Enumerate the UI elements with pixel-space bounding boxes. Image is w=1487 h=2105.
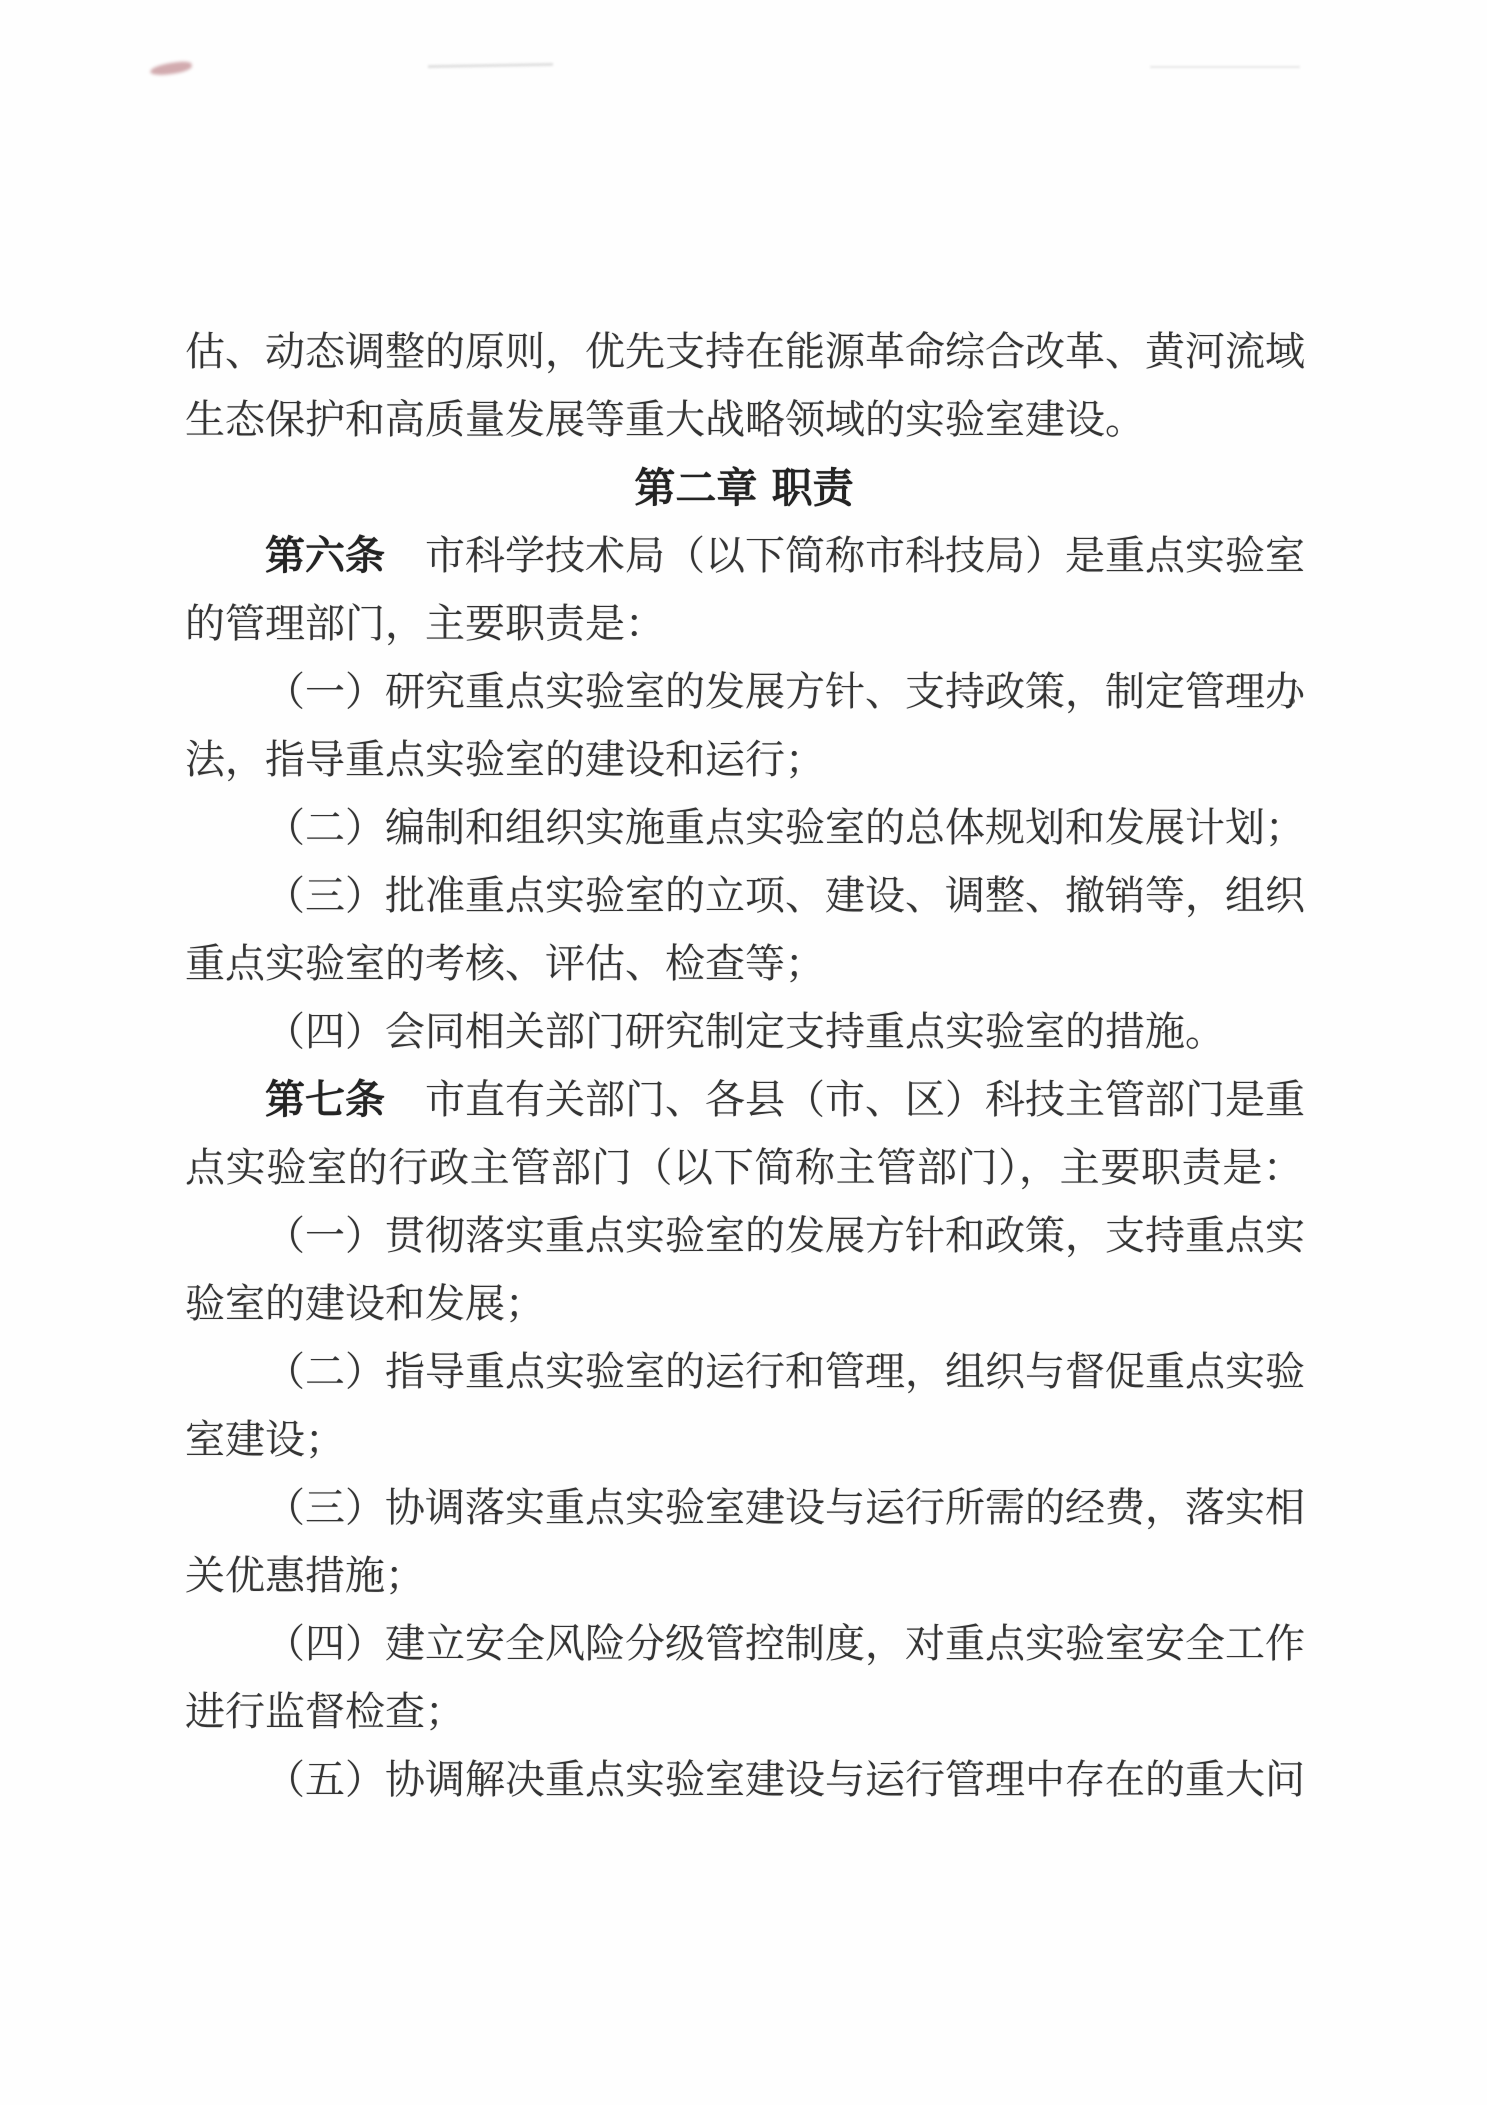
scan-streak-mark <box>1150 66 1300 68</box>
text-segment: 室建设； <box>185 1417 345 1463</box>
text-line: 的管理部门，主要职责是： <box>185 590 1303 658</box>
text-segment: 验室的建设和发展； <box>185 1281 545 1327</box>
text-line: 法，指导重点实验室的建设和运行； <box>185 726 1303 794</box>
text-line: 进行监督检查； <box>185 1678 1303 1746</box>
text-segment: 进行监督检查； <box>185 1689 465 1735</box>
text-line: （二）指导重点实验室的运行和管理，组织与督促重点实验 <box>185 1338 1303 1406</box>
text-line: （四）建立安全风险分级管控制度，对重点实验室安全工作 <box>185 1610 1303 1678</box>
text-segment: 关优惠措施； <box>185 1553 425 1599</box>
text-segment: （一）贯彻落实重点实验室的发展方针和政策，支持重点实 <box>265 1213 1305 1259</box>
document-body: 估、动态调整的原则，优先支持在能源革命综合改革、黄河流域生态保护和高质量发展等重… <box>185 318 1303 1814</box>
text-segment: 法，指导重点实验室的建设和运行； <box>185 737 825 783</box>
text-segment: 市科学技术局（以下简称市科技局）是重点实验室 <box>385 533 1305 579</box>
text-segment: 生态保护和高质量发展等重大战略领域的实验室建设。 <box>185 397 1145 443</box>
text-line: 第七条 市直有关部门、各县（市、区）科技主管部门是重 <box>185 1066 1303 1134</box>
text-segment: （三）批准重点实验室的立项、建设、调整、撤销等，组织 <box>265 873 1305 919</box>
text-line: （一）研究重点实验室的发展方针、支持政策，制定管理办 <box>185 658 1303 726</box>
text-line: 验室的建设和发展； <box>185 1270 1303 1338</box>
text-line: 室建设； <box>185 1406 1303 1474</box>
text-line: 关优惠措施； <box>185 1542 1303 1610</box>
text-segment: 点实验室的行政主管部门（以下简称主管部门），主要职责是： <box>185 1145 1303 1191</box>
bold-text-segment: 第六条 <box>265 532 385 579</box>
text-line: （三）批准重点实验室的立项、建设、调整、撤销等，组织 <box>185 862 1303 930</box>
text-line: （四）会同相关部门研究制定支持重点实验室的措施。 <box>185 998 1303 1066</box>
text-line: 第六条 市科学技术局（以下简称市科技局）是重点实验室 <box>185 522 1303 590</box>
text-segment: 估、动态调整的原则，优先支持在能源革命综合改革、黄河流域 <box>185 329 1305 375</box>
text-line: 生态保护和高质量发展等重大战略领域的实验室建设。 <box>185 386 1303 454</box>
text-segment: （一）研究重点实验室的发展方针、支持政策，制定管理办 <box>265 669 1305 715</box>
bold-text-segment: 第二章 职责 <box>634 464 853 512</box>
text-segment: （四）建立安全风险分级管控制度，对重点实验室安全工作 <box>265 1621 1305 1667</box>
scan-smudge-mark <box>149 60 192 77</box>
text-segment: 的管理部门，主要职责是： <box>185 601 665 647</box>
text-segment: （三）协调落实重点实验室建设与运行所需的经费，落实相 <box>265 1485 1305 1531</box>
text-line: （三）协调落实重点实验室建设与运行所需的经费，落实相 <box>185 1474 1303 1542</box>
text-segment: （四）会同相关部门研究制定支持重点实验室的措施。 <box>265 1009 1225 1055</box>
text-segment: （二）指导重点实验室的运行和管理，组织与督促重点实验 <box>265 1349 1305 1395</box>
text-segment: （二）编制和组织实施重点实验室的总体规划和发展计划； <box>265 805 1305 851</box>
text-segment: （五）协调解决重点实验室建设与运行管理中存在的重大问 <box>265 1757 1305 1803</box>
scanned-document-page: 估、动态调整的原则，优先支持在能源革命综合改革、黄河流域生态保护和高质量发展等重… <box>0 0 1487 2105</box>
text-line: 点实验室的行政主管部门（以下简称主管部门），主要职责是： <box>185 1134 1303 1202</box>
text-line: （一）贯彻落实重点实验室的发展方针和政策，支持重点实 <box>185 1202 1303 1270</box>
bold-text-segment: 第七条 <box>265 1076 385 1123</box>
text-line: 重点实验室的考核、评估、检查等； <box>185 930 1303 998</box>
chapter-heading: 第二章 职责 <box>185 454 1303 522</box>
scan-streak-mark <box>428 63 553 68</box>
text-line: （二）编制和组织实施重点实验室的总体规划和发展计划； <box>185 794 1303 862</box>
text-line: 估、动态调整的原则，优先支持在能源革命综合改革、黄河流域 <box>185 318 1303 386</box>
text-line: （五）协调解决重点实验室建设与运行管理中存在的重大问 <box>185 1746 1303 1814</box>
text-segment: 市直有关部门、各县（市、区）科技主管部门是重 <box>385 1077 1305 1123</box>
text-segment: 重点实验室的考核、评估、检查等； <box>185 941 825 987</box>
